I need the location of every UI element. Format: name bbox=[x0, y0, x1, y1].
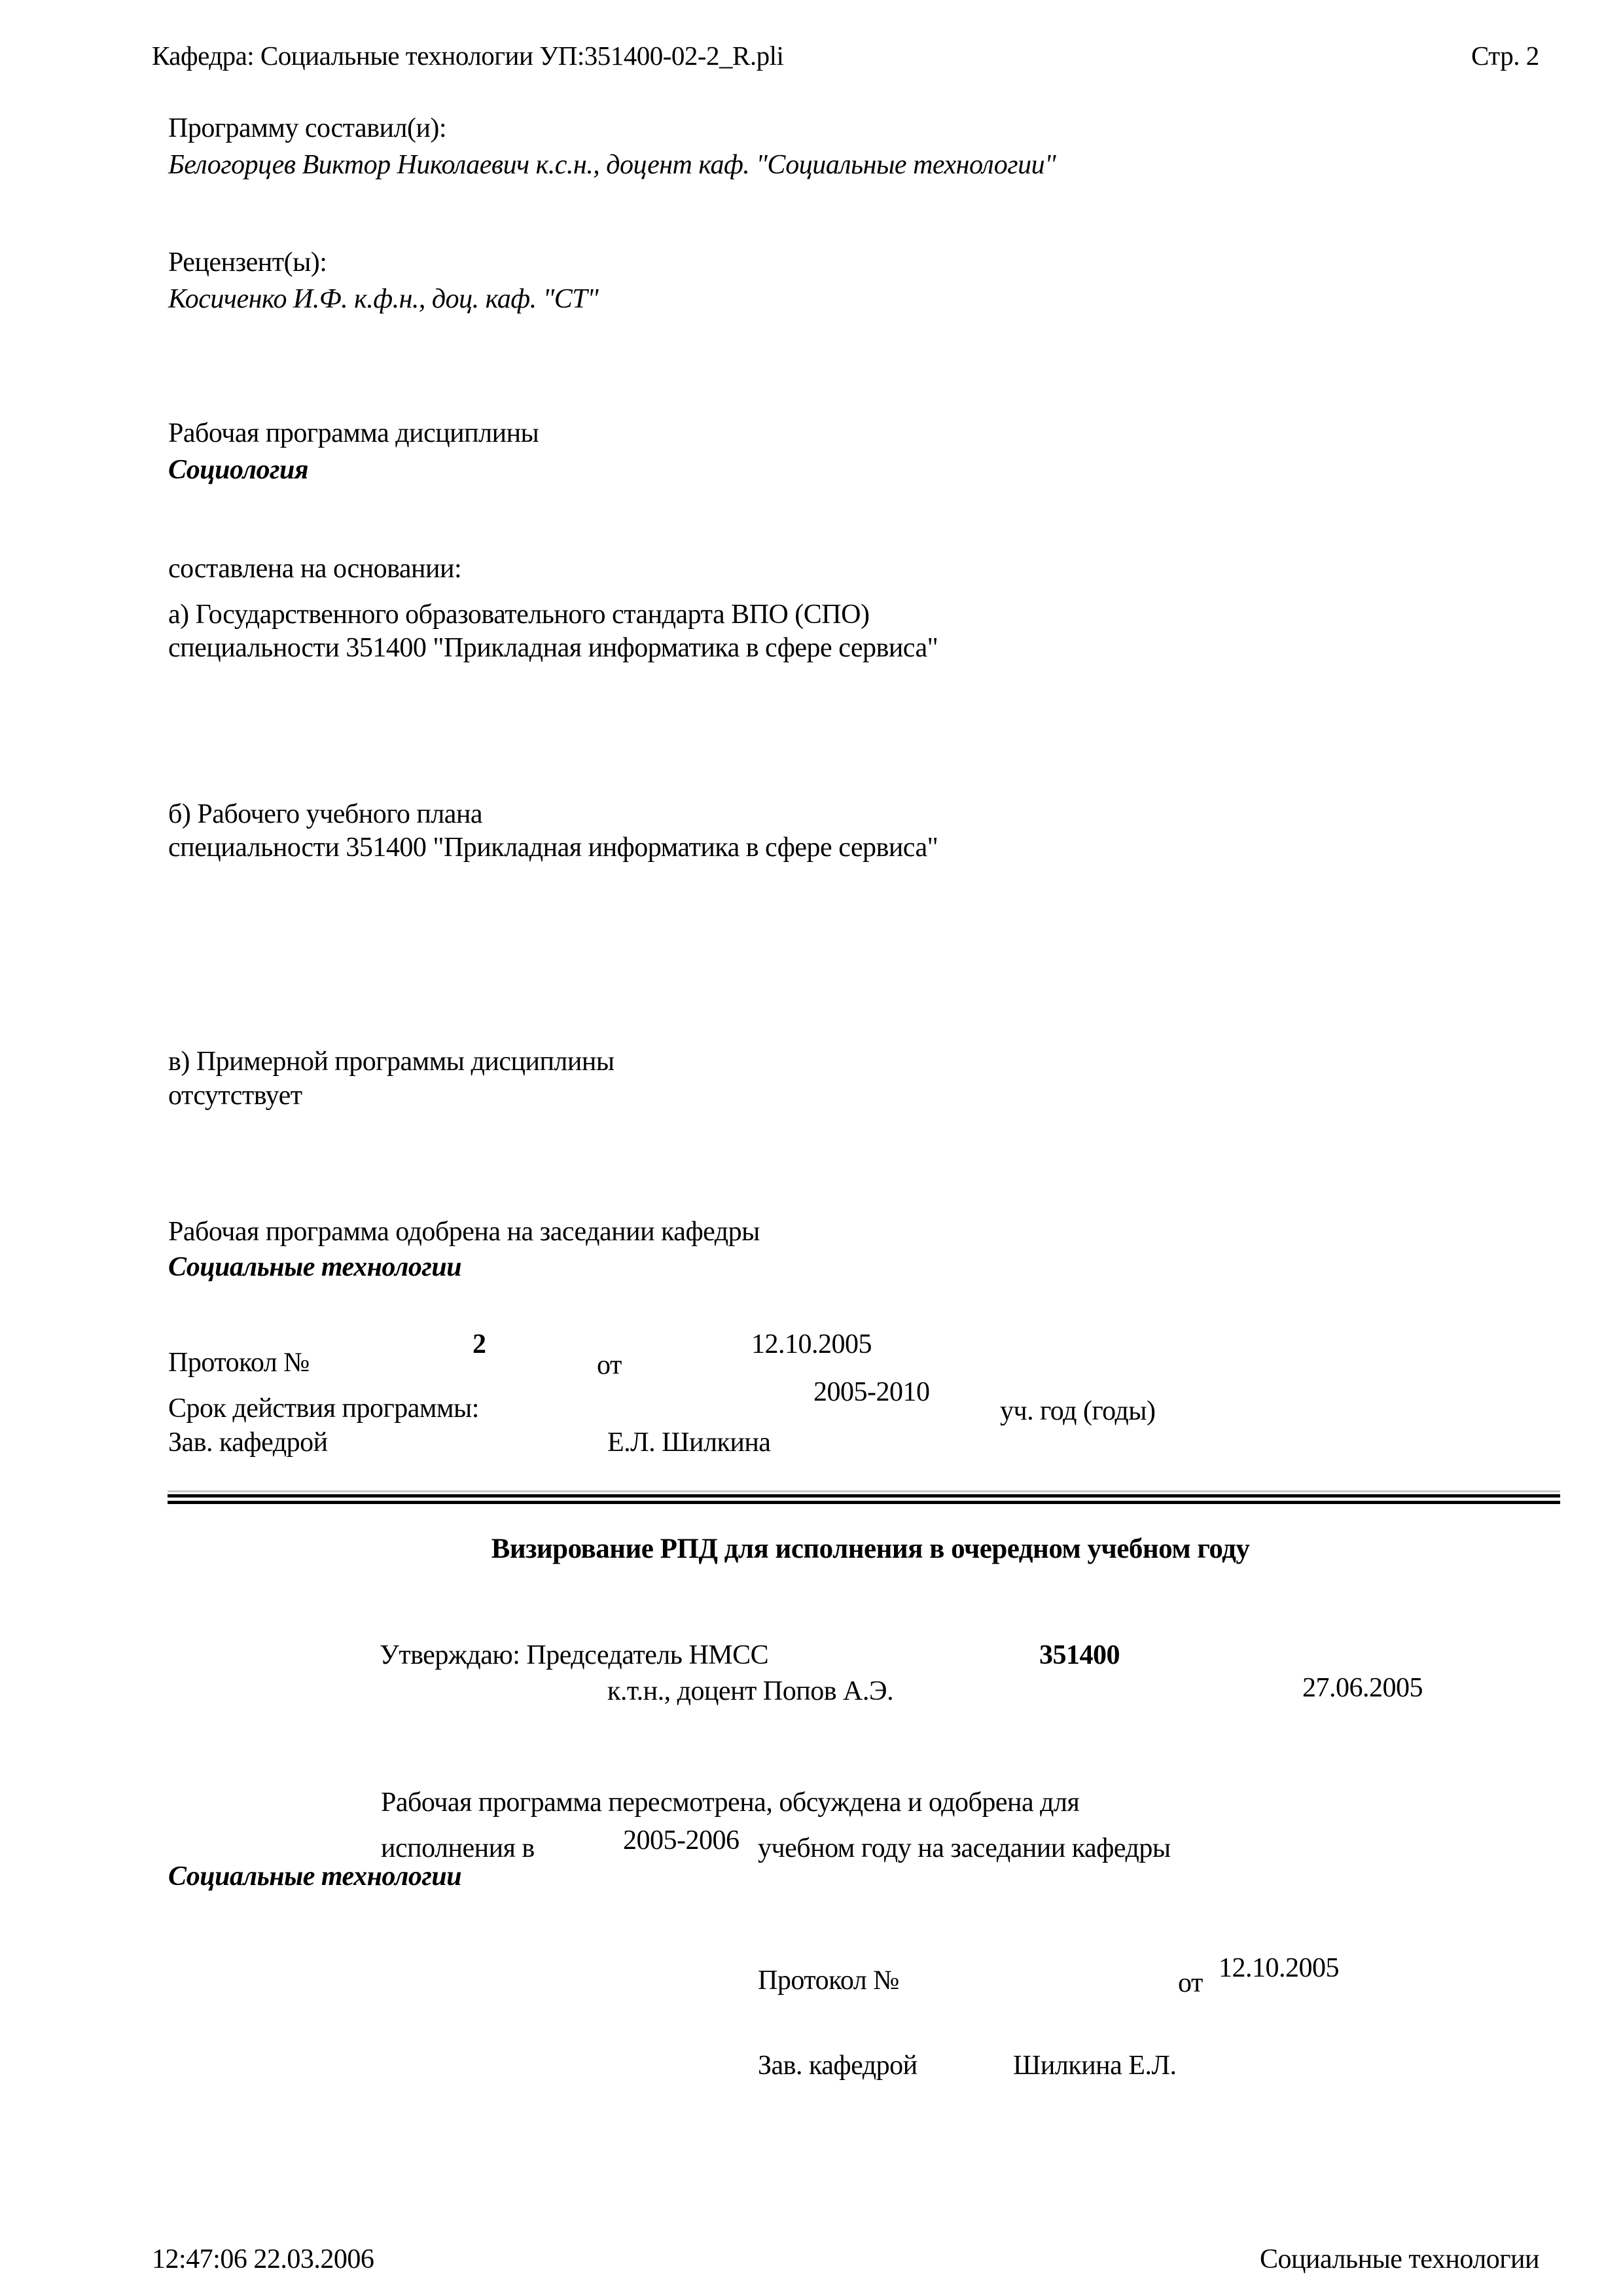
vising-approver-name: к.т.н., доцент Попов А.Э. bbox=[607, 1676, 893, 1707]
protocol-label: Протокол № bbox=[168, 1347, 310, 1378]
basis-intro: составлена на основании: bbox=[168, 553, 461, 584]
compiler-label: Программу составил(и): bbox=[168, 113, 446, 144]
validity-suffix: уч. год (годы) bbox=[1000, 1395, 1156, 1427]
vising-head-name: Шилкина Е.Л. bbox=[1013, 2050, 1176, 2081]
program-label: Рабочая программа дисциплины bbox=[168, 418, 539, 449]
vising-revised-line2-pre: исполнения в bbox=[381, 1833, 535, 1864]
header-department-line: Кафедра: Социальные технологии УП:351400… bbox=[152, 41, 783, 71]
divider-shadow-line bbox=[168, 1490, 1560, 1492]
head-of-department-name: Е.Л. Шилкина bbox=[607, 1427, 770, 1458]
vising-protocol-label: Протокол № bbox=[758, 1965, 899, 1996]
header-page-number: Стр. 2 bbox=[1471, 41, 1539, 71]
protocol-from-label: от bbox=[597, 1350, 622, 1381]
divider-double-rule bbox=[168, 1494, 1560, 1504]
vising-protocol-date: 12.10.2005 bbox=[1219, 1952, 1339, 1984]
protocol-number: 2 bbox=[473, 1329, 486, 1360]
basis-item-c-line2: отсутствует bbox=[168, 1080, 302, 1111]
basis-item-a-line1: а) Государственного образовательного ста… bbox=[168, 599, 869, 630]
basis-item-c-line1: в) Примерной программы дисциплины bbox=[168, 1046, 615, 1077]
vising-section-title: Визирование РПД для исполнения в очередн… bbox=[124, 1533, 1616, 1565]
vising-revised-line1: Рабочая программа пересмотрена, обсужден… bbox=[381, 1787, 1079, 1818]
vising-protocol-from-label: от bbox=[1178, 1967, 1203, 1999]
vising-head-label: Зав. кафедрой bbox=[758, 2050, 918, 2081]
vising-department: Социальные технологии bbox=[168, 1861, 461, 1892]
approval-department: Социальные технологии bbox=[168, 1251, 461, 1283]
reviewer-value: Косиченко И.Ф. к.ф.н., доц. каф. "СТ" bbox=[168, 283, 598, 315]
basis-item-b-line1: б) Рабочего учебного плана bbox=[168, 798, 482, 830]
vising-revised-line2-post: учебном году на заседании кафедры bbox=[758, 1833, 1171, 1864]
program-discipline: Социология bbox=[168, 454, 308, 486]
vising-revised-year: 2005-2006 bbox=[623, 1825, 740, 1856]
protocol-date: 12.10.2005 bbox=[751, 1329, 872, 1360]
footer-department: Социальные технологии bbox=[1260, 2244, 1539, 2275]
vising-approve-line: Утверждаю: Председатель НМСС bbox=[380, 1640, 768, 1671]
document-page: Кафедра: Социальные технологии УП:351400… bbox=[0, 0, 1623, 2296]
compiler-value: Белогорцев Виктор Николаевич к.с.н., доц… bbox=[168, 149, 1056, 181]
approval-line: Рабочая программа одобрена на заседании … bbox=[168, 1216, 760, 1247]
validity-label: Срок действия программы: bbox=[168, 1393, 479, 1424]
validity-years: 2005-2010 bbox=[813, 1376, 930, 1408]
reviewer-label: Рецензент(ы): bbox=[168, 247, 327, 278]
vising-spec-code: 351400 bbox=[1039, 1640, 1120, 1671]
basis-item-b-line2: специальности 351400 "Прикладная информа… bbox=[168, 832, 938, 863]
head-of-department-label: Зав. кафедрой bbox=[168, 1427, 328, 1458]
vising-approve-date: 27.06.2005 bbox=[1302, 1672, 1423, 1704]
basis-item-a-line2: специальности 351400 "Прикладная информа… bbox=[168, 632, 938, 664]
footer-timestamp: 12:47:06 22.03.2006 bbox=[152, 2244, 374, 2275]
